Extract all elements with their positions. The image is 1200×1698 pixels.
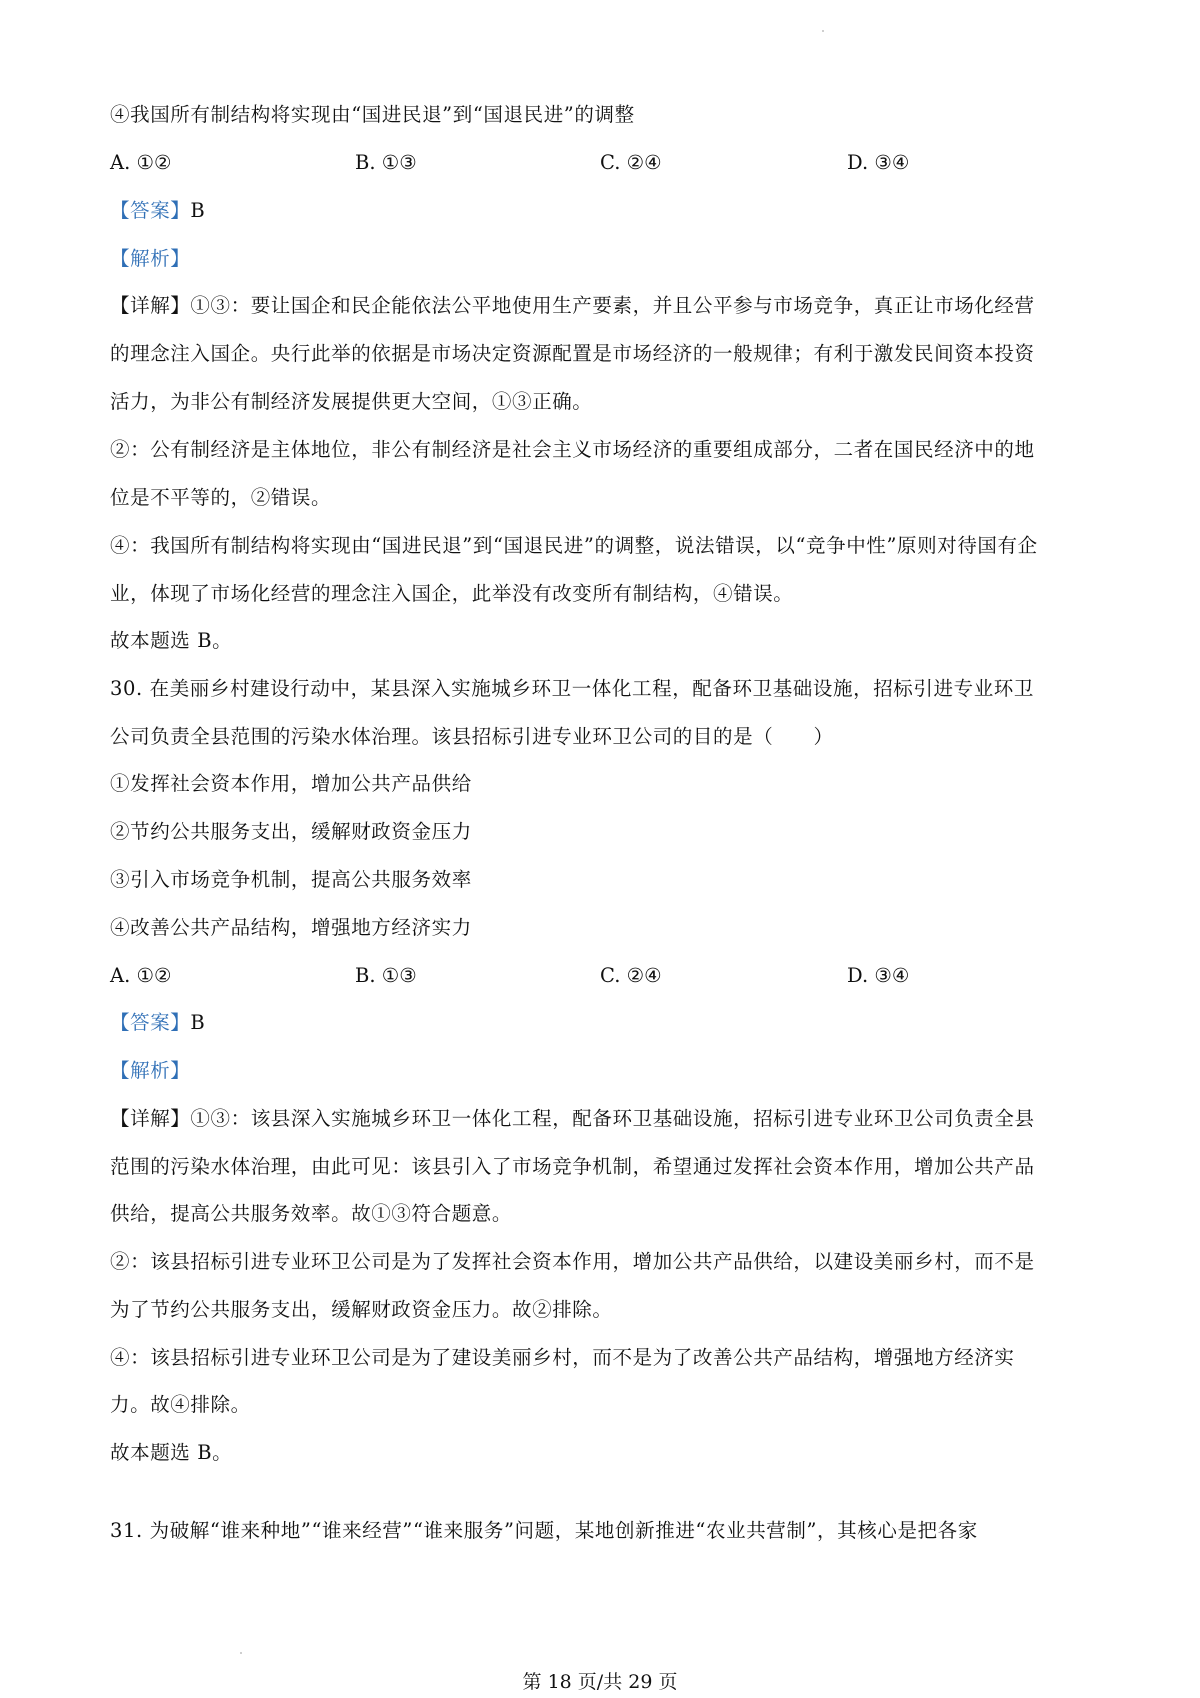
q29-detail-line-4: ②：公有制经济是主体地位，非公有制经济是社会主义市场经济的重要组成部分，二者在国… bbox=[110, 437, 1095, 463]
q30-item-3: ③引入市场竞争机制，提高公共服务效率 bbox=[110, 867, 1095, 893]
q30-detail-line-3: 供给，提高公共服务效率。故①③符合题意。 bbox=[110, 1201, 1095, 1227]
scan-artifact bbox=[822, 30, 824, 32]
scan-artifact bbox=[240, 1652, 242, 1654]
detail-text: ①③：该县深入实施城乡环卫一体化工程，配备环卫基础设施，招标引进专业环卫公司负责… bbox=[190, 1107, 1034, 1130]
q30-option-a: A. ①② bbox=[110, 963, 171, 989]
q29-conclusion: 故本题选 B。 bbox=[110, 628, 1095, 654]
q29-analysis-label: 【解析】 bbox=[110, 246, 1095, 272]
q30-detail-line-1: 【详解】①③：该县深入实施城乡环卫一体化工程，配备环卫基础设施，招标引进专业环卫… bbox=[110, 1106, 1095, 1132]
q30-answer: 【答案】B bbox=[110, 1010, 1095, 1036]
q29-detail-line-2: 的理念注入国企。央行此举的依据是市场决定资源配置是市场经济的一般规律；有利于激发… bbox=[110, 341, 1095, 367]
answer-value: B bbox=[190, 1011, 205, 1034]
detail-label: 【详解】 bbox=[110, 1107, 190, 1130]
detail-label: 【详解】 bbox=[110, 294, 190, 317]
page-footer: 第 18 页/共 29 页 bbox=[0, 1670, 1200, 1694]
q30-conclusion: 故本题选 B。 bbox=[110, 1440, 1095, 1466]
q30-item-2: ②节约公共服务支出，缓解财政资金压力 bbox=[110, 819, 1095, 845]
q30-detail-line-7: 力。故④排除。 bbox=[110, 1392, 1095, 1418]
q30-item-1: ①发挥社会资本作用，增加公共产品供给 bbox=[110, 771, 1095, 797]
q29-detail-line-3: 活力，为非公有制经济发展提供更大空间，①③正确。 bbox=[110, 389, 1095, 415]
answer-label: 【答案】 bbox=[110, 199, 190, 222]
q31-stem-line-1: 31. 为破解“谁来种地”“谁来经营”“谁来服务”问题，某地创新推进“农业共营制… bbox=[110, 1518, 1095, 1544]
q30-option-b: B. ①③ bbox=[355, 963, 417, 989]
q30-analysis-label: 【解析】 bbox=[110, 1058, 1095, 1084]
q29-option-b: B. ①③ bbox=[355, 150, 417, 176]
answer-value: B bbox=[190, 199, 205, 222]
q29-detail-line-7: 业，体现了市场化经营的理念注入国企，此举没有改变所有制结构，④错误。 bbox=[110, 581, 1095, 607]
q30-detail-line-4: ②：该县招标引进专业环卫公司是为了发挥社会资本作用，增加公共产品供给，以建设美丽… bbox=[110, 1249, 1095, 1275]
q29-option-d: D. ③④ bbox=[847, 150, 909, 176]
q30-stem-line-2: 公司负责全县范围的污染水体治理。该县招标引进专业环卫公司的目的是（ ） bbox=[110, 724, 1095, 750]
q29-option-a: A. ①② bbox=[110, 150, 171, 176]
answer-label: 【答案】 bbox=[110, 1011, 190, 1034]
q29-option-c: C. ②④ bbox=[600, 150, 662, 176]
document-page: ④我国所有制结构将实现由“国进民退”到“国退民进”的调整 A. ①② B. ①③… bbox=[0, 0, 1200, 1698]
q30-stem-line-1: 30. 在美丽乡村建设行动中，某县深入实施城乡环卫一体化工程，配备环卫基础设施，… bbox=[110, 676, 1095, 702]
q29-detail-line-1: 【详解】①③：要让国企和民企能依法公平地使用生产要素，并且公平参与市场竞争，真正… bbox=[110, 293, 1095, 319]
q30-option-d: D. ③④ bbox=[847, 963, 909, 989]
detail-text: ①③：要让国企和民企能依法公平地使用生产要素，并且公平参与市场竞争，真正让市场化… bbox=[190, 294, 1034, 317]
q29-detail-line-5: 位是不平等的，②错误。 bbox=[110, 485, 1095, 511]
q30-detail-line-5: 为了节约公共服务支出，缓解财政资金压力。故②排除。 bbox=[110, 1297, 1095, 1323]
q30-option-c: C. ②④ bbox=[600, 963, 662, 989]
q29-detail-line-6: ④：我国所有制结构将实现由“国进民退”到“国退民进”的调整，说法错误，以“竞争中… bbox=[110, 533, 1095, 559]
q30-detail-line-6: ④：该县招标引进专业环卫公司是为了建设美丽乡村，而不是为了改善公共产品结构，增强… bbox=[110, 1345, 1095, 1371]
q30-detail-line-2: 范围的污染水体治理，由此可见：该县引入了市场竞争机制，希望通过发挥社会资本作用，… bbox=[110, 1154, 1095, 1180]
q30-item-4: ④改善公共产品结构，增强地方经济实力 bbox=[110, 915, 1095, 941]
q29-answer: 【答案】B bbox=[110, 198, 1095, 224]
q29-item-4: ④我国所有制结构将实现由“国进民退”到“国退民进”的调整 bbox=[110, 102, 1095, 128]
